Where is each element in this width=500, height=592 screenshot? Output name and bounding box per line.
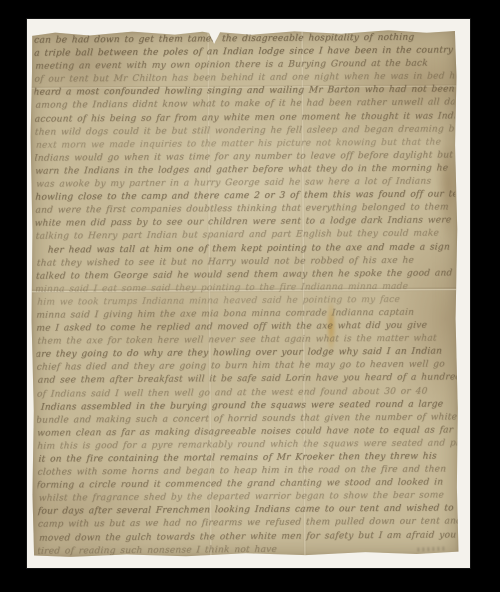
- manuscript-text: can be had down to get them tamed the di…: [34, 31, 458, 556]
- photo-mat-border: can be had down to get them tamed the di…: [27, 19, 470, 568]
- manuscript-line: tired of reading such nonsense I think n…: [37, 542, 458, 557]
- letter-paper: can be had down to get them tamed the di…: [30, 29, 460, 558]
- photo-background: can be had down to get them tamed the di…: [0, 0, 500, 592]
